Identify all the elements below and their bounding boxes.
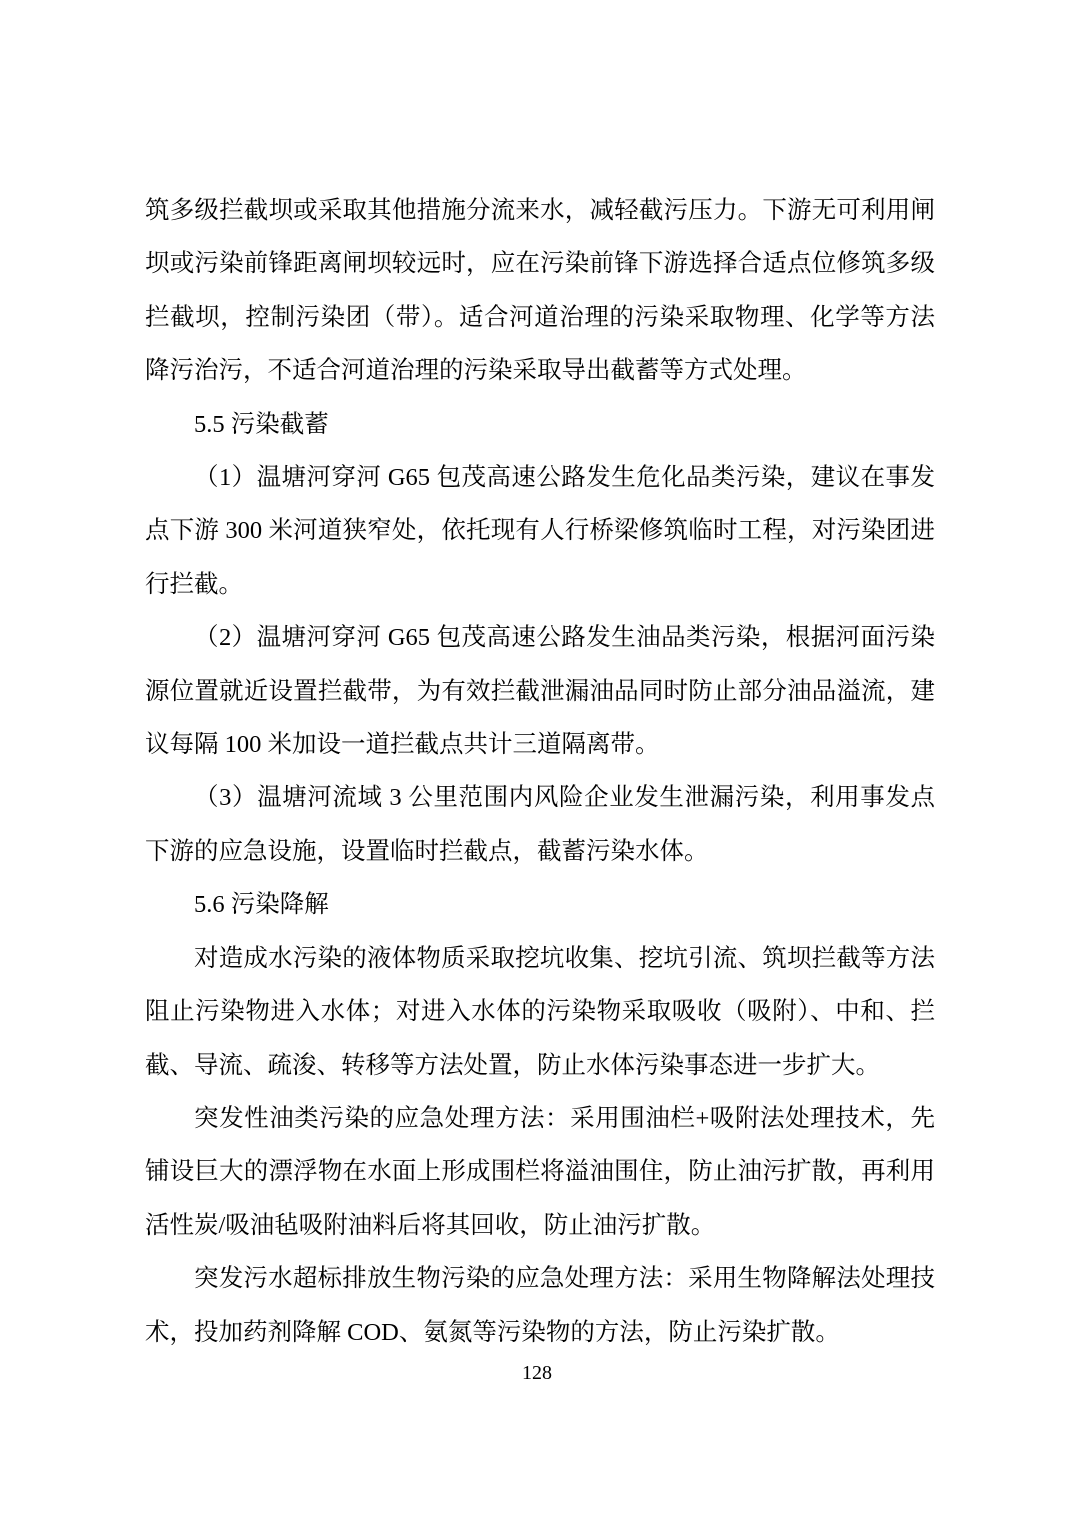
paragraph-item-1: （1）温塘河穿河 G65 包茂高速公路发生危化品类污染，建议在事发点下游 300… [145,451,935,611]
paragraph-continuation: 筑多级拦截坝或采取其他措施分流来水，减轻截污压力。下游无可利用闸坝或污染前锋距离… [145,184,935,398]
page-number: 128 [0,1362,1074,1385]
document-page: 筑多级拦截坝或采取其他措施分流来水，减轻截污压力。下游无可利用闸坝或污染前锋距离… [0,0,1074,1520]
section-heading-5-5: 5.5 污染截蓄 [145,398,935,451]
section-heading-5-6: 5.6 污染降解 [145,878,935,931]
paragraph-item-2: （2）温塘河穿河 G65 包茂高速公路发生油品类污染，根据河面污染源位置就近设置… [145,611,935,771]
paragraph-oil-pollution-emergency: 突发性油类污染的应急处理方法：采用围油栏+吸附法处理技术，先铺设巨大的漂浮物在水… [145,1092,935,1252]
document-body: 筑多级拦截坝或采取其他措施分流来水，减轻截污压力。下游无可利用闸坝或污染前锋距离… [145,184,935,1359]
paragraph-item-3: （3）温塘河流域 3 公里范围内风险企业发生泄漏污染，利用事发点下游的应急设施，… [145,771,935,878]
paragraph-biological-pollution-emergency: 突发污水超标排放生物污染的应急处理方法：采用生物降解法处理技术，投加药剂降解 C… [145,1252,935,1359]
paragraph-degradation-methods: 对造成水污染的液体物质采取挖坑收集、挖坑引流、筑坝拦截等方法阻止污染物进入水体；… [145,932,935,1092]
